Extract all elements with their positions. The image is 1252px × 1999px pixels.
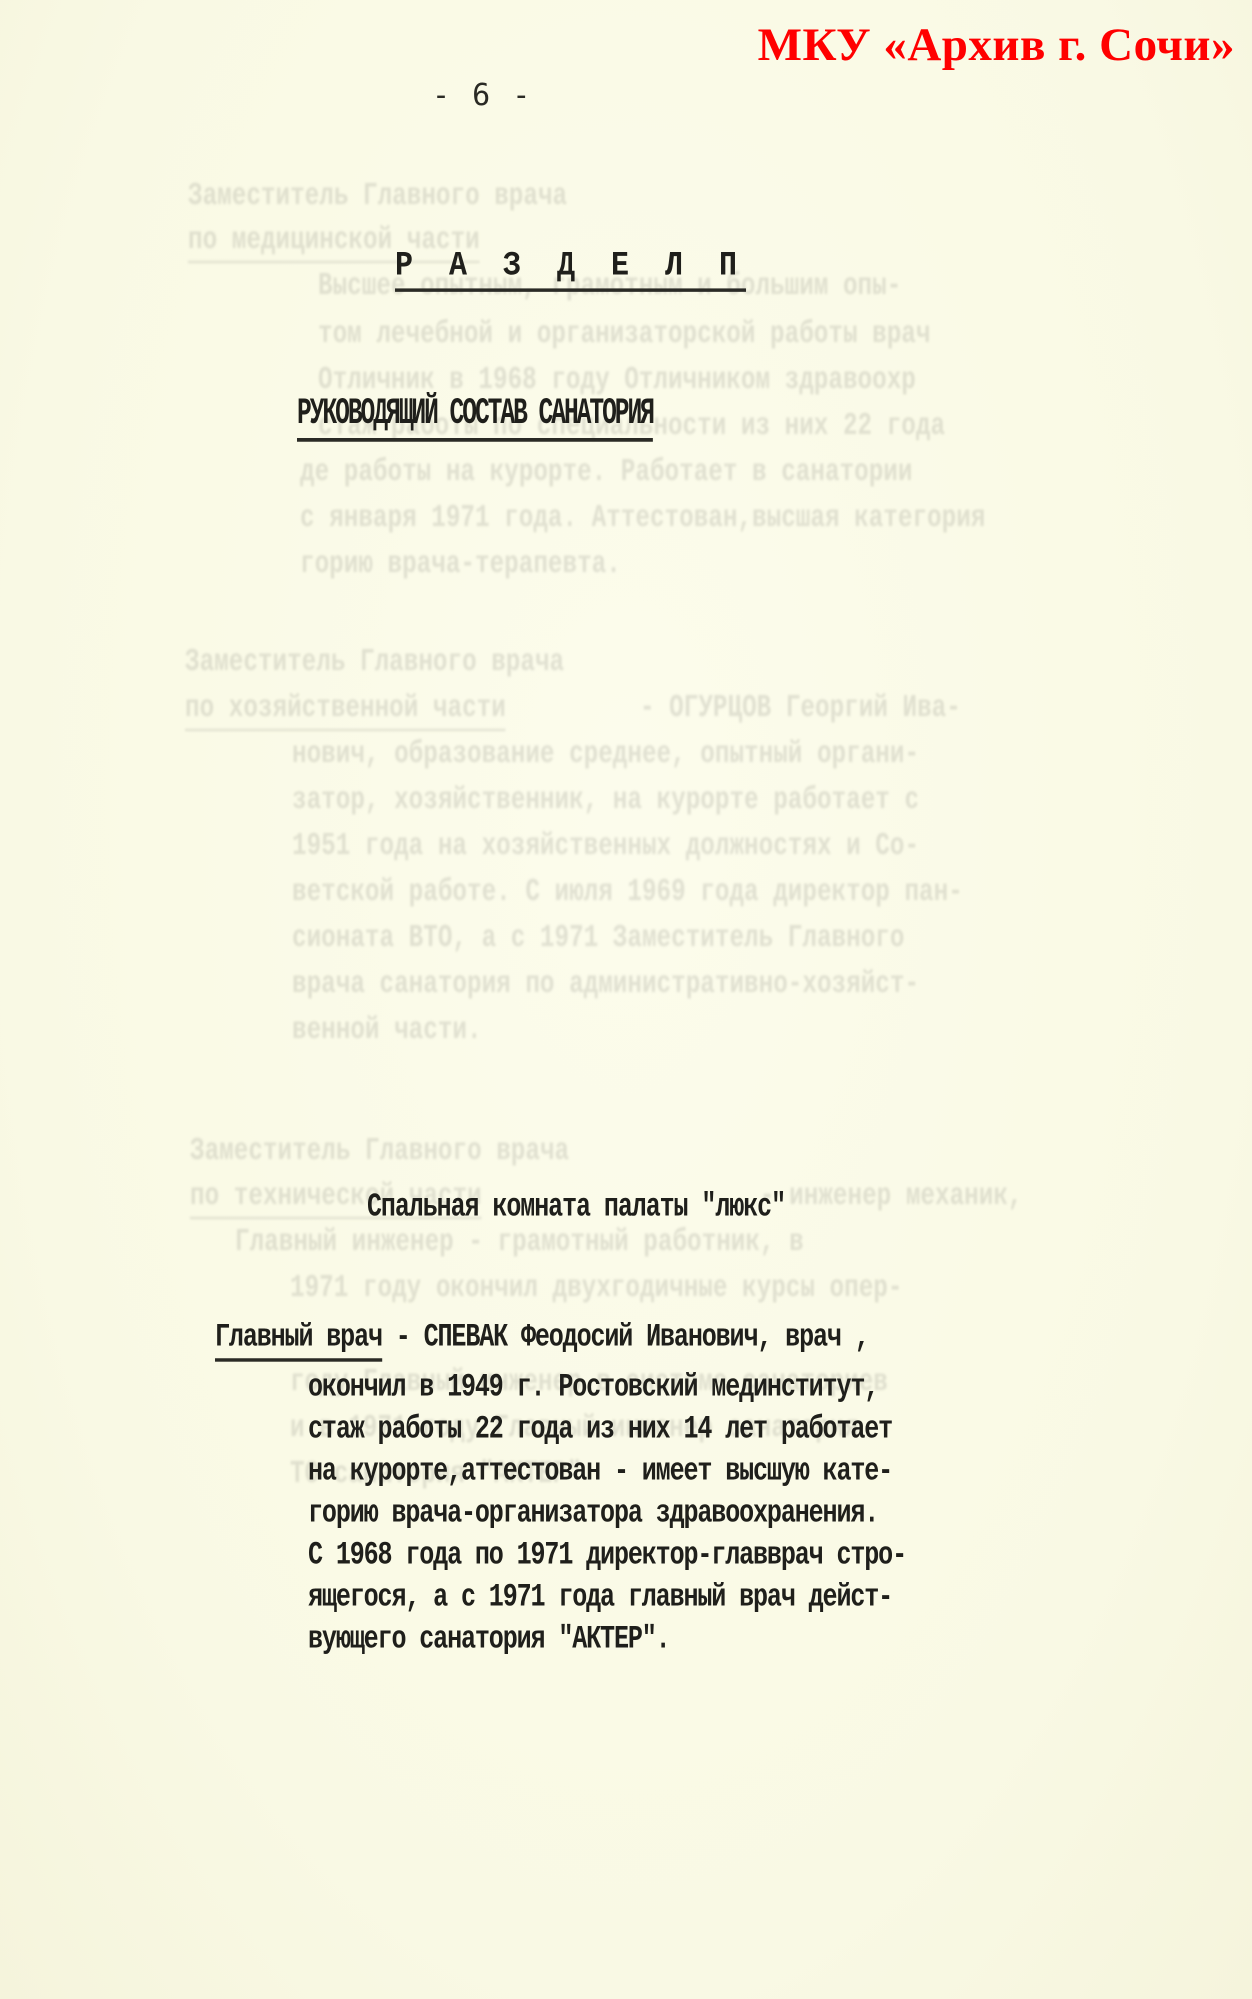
bio-line: стаж работы 22 года из них 14 лет работа… xyxy=(308,1410,892,1448)
ghost-line: де работы на курорте. Работает в санатор… xyxy=(300,456,912,491)
ghost-line: Заместитель Главного врача xyxy=(190,1135,569,1170)
bio-line: окончил в 1949 г. Ростовский мединститут… xyxy=(308,1368,878,1406)
ghost-line: ветской работе. С июля 1969 года директо… xyxy=(292,876,963,911)
bio-line: на курорте,аттестован - имеет высшую кат… xyxy=(308,1452,892,1490)
ghost-line: затор, хозяйственник, на курорте работае… xyxy=(292,784,919,819)
ghost-line: нович, образование среднее, опытный орга… xyxy=(292,738,919,773)
ghost-line: - ОГУРЦОВ Георгий Ива- xyxy=(640,692,961,727)
ghost-line: - инженер механик, xyxy=(760,1180,1022,1215)
ghost-line: с января 1971 года. Аттестован,высшая ка… xyxy=(300,502,985,537)
section-title: Р А З Д Е Л П xyxy=(395,247,746,292)
document-page: Заместитель Главного врача по медицинско… xyxy=(0,0,1252,1999)
archive-watermark: МКУ «Архив г. Сочи» xyxy=(758,18,1235,72)
ghost-line: горию врача-терапевта. xyxy=(300,548,621,583)
ghost-line: Заместитель Главного врача xyxy=(188,180,567,215)
ghost-line: 1951 года на хозяйственных должностях и … xyxy=(292,830,919,865)
bio-line: ящегося, а с 1971 года главный врач дейс… xyxy=(308,1578,892,1616)
role-dash: - xyxy=(382,1318,424,1356)
ghost-line: сионата ВТО, а с 1971 Заместитель Главно… xyxy=(292,922,904,957)
ghost-line: венной части. xyxy=(292,1014,482,1049)
ghost-line: по хозяйственной части xyxy=(185,692,506,731)
chief-doctor-first-line: Главный врач - СПЕВАК Феодосий Иванович,… xyxy=(215,1318,869,1356)
bio-line: СПЕВАК Феодосий Иванович, врач , xyxy=(424,1318,869,1356)
bio-line: горию врача-организатора здравоохранения… xyxy=(308,1494,878,1532)
ghost-line: 1971 году окончил двухгодичные курсы опе… xyxy=(290,1272,902,1307)
photo-caption: Спальная комната палаты "люкс" xyxy=(367,1188,785,1226)
bio-line: вующего санатория "АКТЕР". xyxy=(308,1620,670,1658)
role-label: Главный врач xyxy=(215,1318,382,1362)
page-number: - 6 - xyxy=(432,78,532,113)
ghost-line: Главный инженер - грамотный работник, в xyxy=(235,1226,804,1261)
ghost-line: врача санатория по административно-хозяй… xyxy=(292,968,919,1003)
ghost-line: том лечебной и организаторской работы вр… xyxy=(318,318,930,353)
section-subtitle: РУКОВОДЯЩИЙ СОСТАВ САНАТОРИЯ xyxy=(297,393,653,442)
ghost-line: Заместитель Главного врача xyxy=(185,646,564,681)
bio-line: С 1968 года по 1971 директор-главврач ст… xyxy=(308,1536,906,1574)
